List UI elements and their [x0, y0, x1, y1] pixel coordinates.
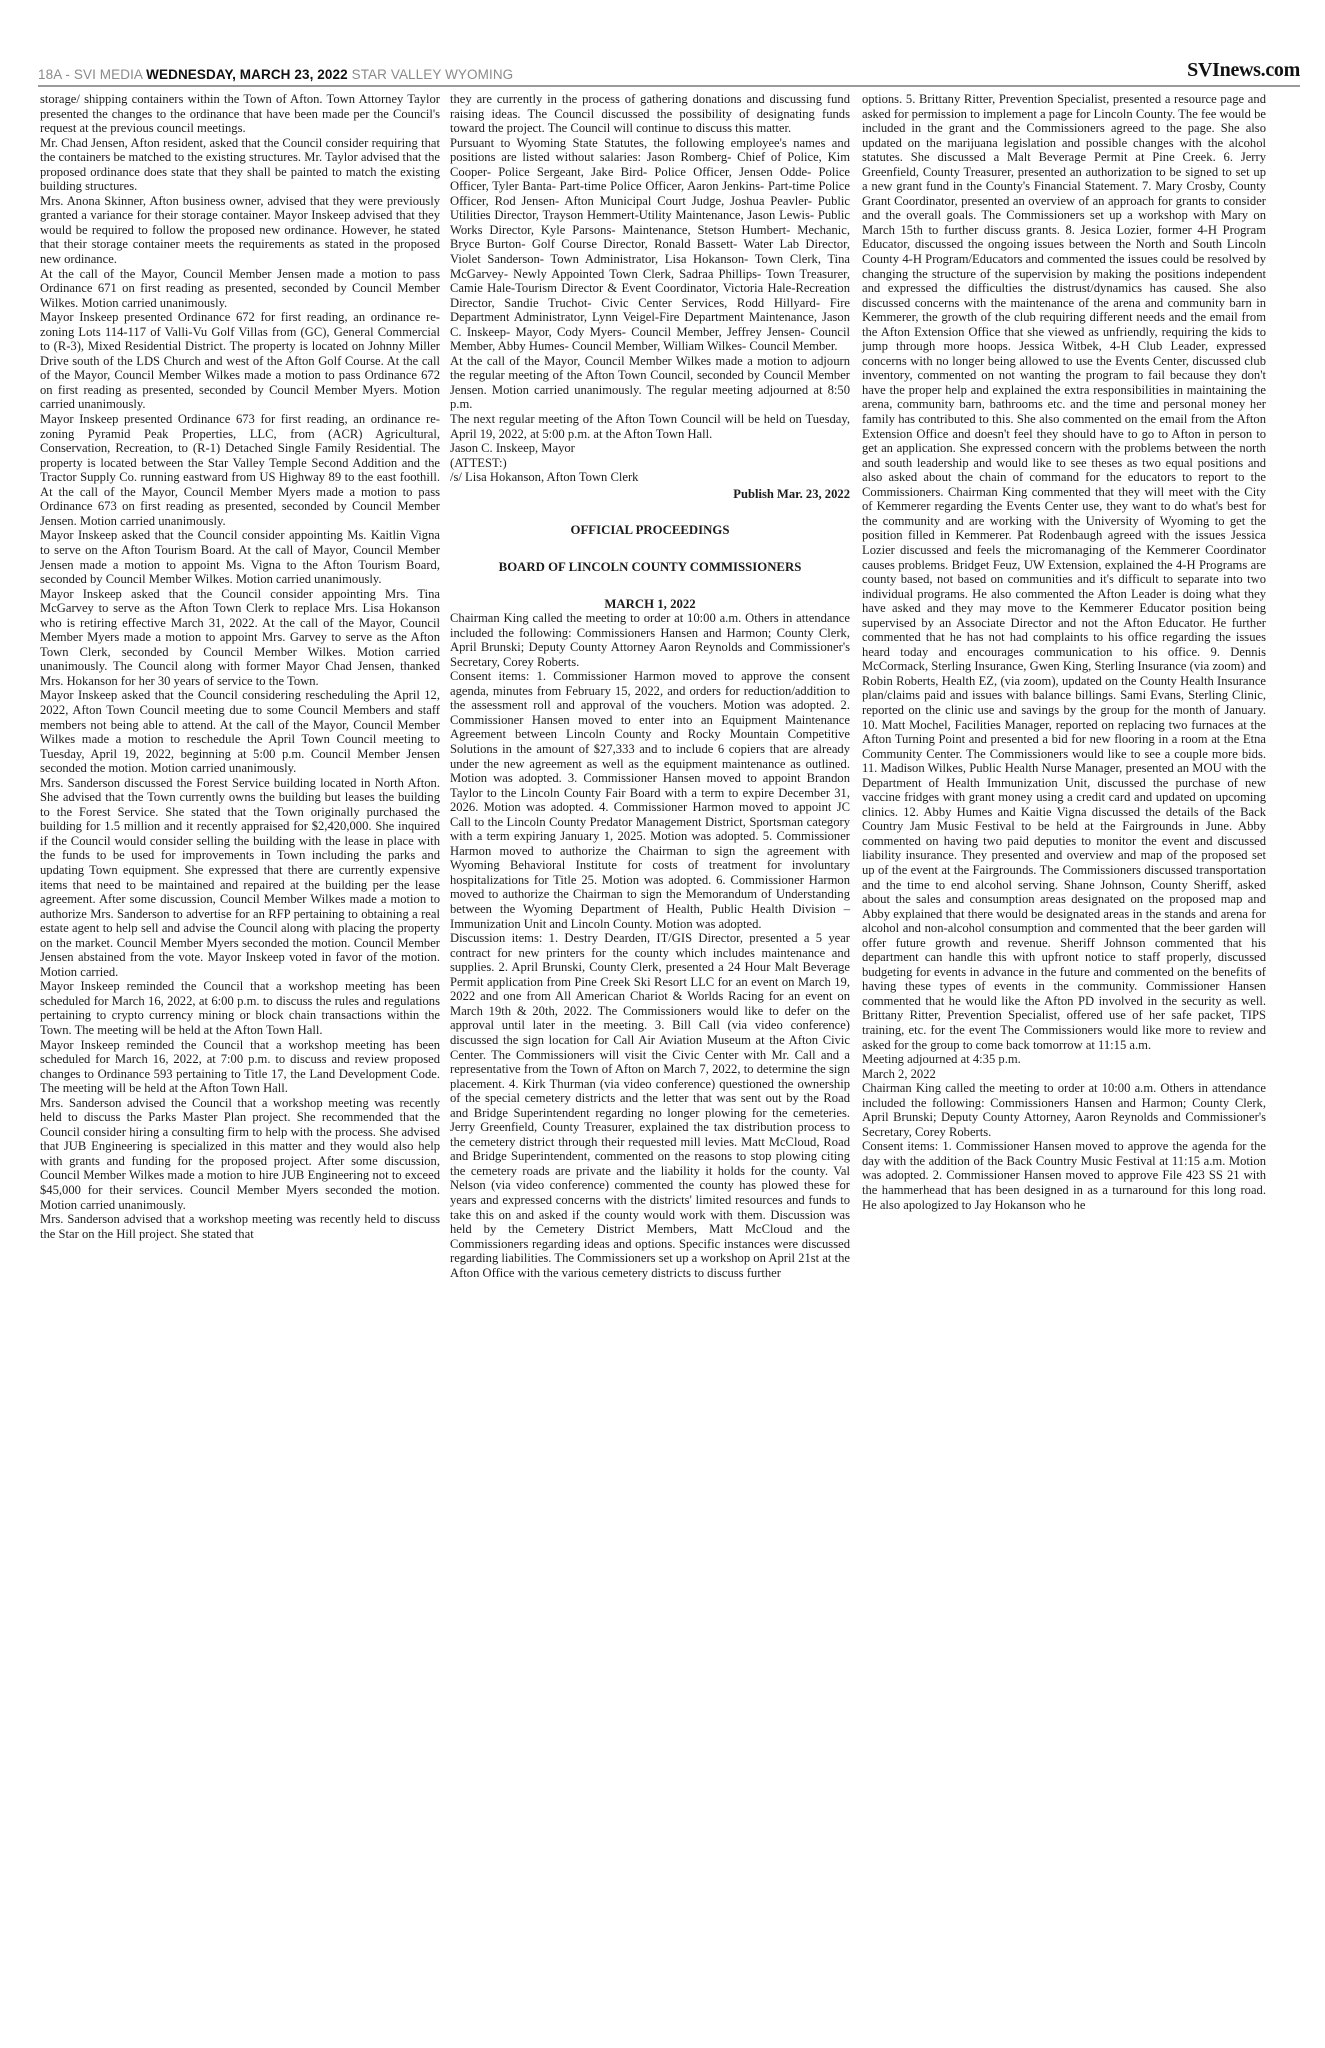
- signature-attest: (ATTEST:): [450, 456, 850, 471]
- publish-date: Publish Mar. 23, 2022: [450, 487, 850, 502]
- paragraph: Mayor Inskeep reminded the Council that …: [40, 1038, 440, 1096]
- paragraph: Mayor Inskeep asked that the Council con…: [40, 587, 440, 689]
- paragraph: they are currently in the process of gat…: [450, 92, 850, 136]
- notice-heading-line-1: OFFICIAL PROCEEDINGS: [450, 523, 850, 538]
- publication-location: STAR VALLEY WYOMING: [348, 67, 514, 82]
- paragraph: Mayor Inskeep presented Ordinance 672 fo…: [40, 310, 440, 412]
- masthead-folio: 18A - SVI MEDIA WEDNESDAY, MARCH 23, 202…: [38, 67, 513, 82]
- paragraph: Mrs. Sanderson advised the Council that …: [40, 1096, 440, 1212]
- paragraph: Consent items: 1. Commissioner Harmon mo…: [450, 669, 850, 931]
- page-masthead: 18A - SVI MEDIA WEDNESDAY, MARCH 23, 202…: [38, 60, 1300, 82]
- paragraph: Mrs. Anona Skinner, Afton business owner…: [40, 194, 440, 267]
- notice-heading-date: MARCH 1, 2022: [450, 597, 850, 612]
- paragraph: storage/ shipping containers within the …: [40, 92, 440, 136]
- paragraph: Mayor Inskeep presented Ordinance 673 fo…: [40, 412, 440, 528]
- paragraph: Mayor Inskeep reminded the Council that …: [40, 979, 440, 1037]
- paragraph: Chairman King called the meeting to orde…: [862, 1081, 1266, 1139]
- paragraph: The next regular meeting of the Afton To…: [450, 412, 850, 441]
- column-1: storage/ shipping containers within the …: [40, 92, 440, 1241]
- signature-clerk: /s/ Lisa Hokanson, Afton Town Clerk: [450, 470, 850, 485]
- issue-date: WEDNESDAY, MARCH 23, 2022: [146, 67, 348, 82]
- page-section: 18A - SVI MEDIA: [38, 67, 146, 82]
- paragraph: At the call of the Mayor, Council Member…: [450, 354, 850, 412]
- paragraph: Mrs. Sanderson advised that a workshop m…: [40, 1212, 440, 1241]
- column-3: options. 5. Brittany Ritter, Prevention …: [862, 92, 1266, 1212]
- signature-mayor: Jason C. Inskeep, Mayor: [450, 441, 850, 456]
- site-name: SVInews.com: [1187, 59, 1300, 82]
- paragraph: Mr. Chad Jensen, Afton resident, asked t…: [40, 136, 440, 194]
- paragraph: Mayor Inskeep asked that the Council con…: [40, 528, 440, 586]
- paragraph: Pursuant to Wyoming State Statutes, the …: [450, 136, 850, 354]
- paragraph: options. 5. Brittany Ritter, Prevention …: [862, 92, 1266, 1052]
- paragraph: Mrs. Sanderson discussed the Forest Serv…: [40, 776, 440, 980]
- column-2: they are currently in the process of gat…: [450, 92, 850, 1280]
- paragraph: Chairman King called the meeting to orde…: [450, 611, 850, 669]
- paragraph: At the call of the Mayor, Council Member…: [40, 267, 440, 311]
- notice-heading-line-2: BOARD OF LINCOLN COUNTY COMMISSIONERS: [450, 560, 850, 575]
- adjournment-line: Meeting adjourned at 4:35 p.m.: [862, 1052, 1266, 1067]
- paragraph: Discussion items: 1. Destry Dearden, IT/…: [450, 931, 850, 1280]
- paragraph: Consent items: 1. Commissioner Hansen mo…: [862, 1139, 1266, 1212]
- meeting-date: March 2, 2022: [862, 1067, 1266, 1082]
- paragraph: Mayor Inskeep asked that the Council con…: [40, 688, 440, 775]
- header-rule: [38, 85, 1300, 87]
